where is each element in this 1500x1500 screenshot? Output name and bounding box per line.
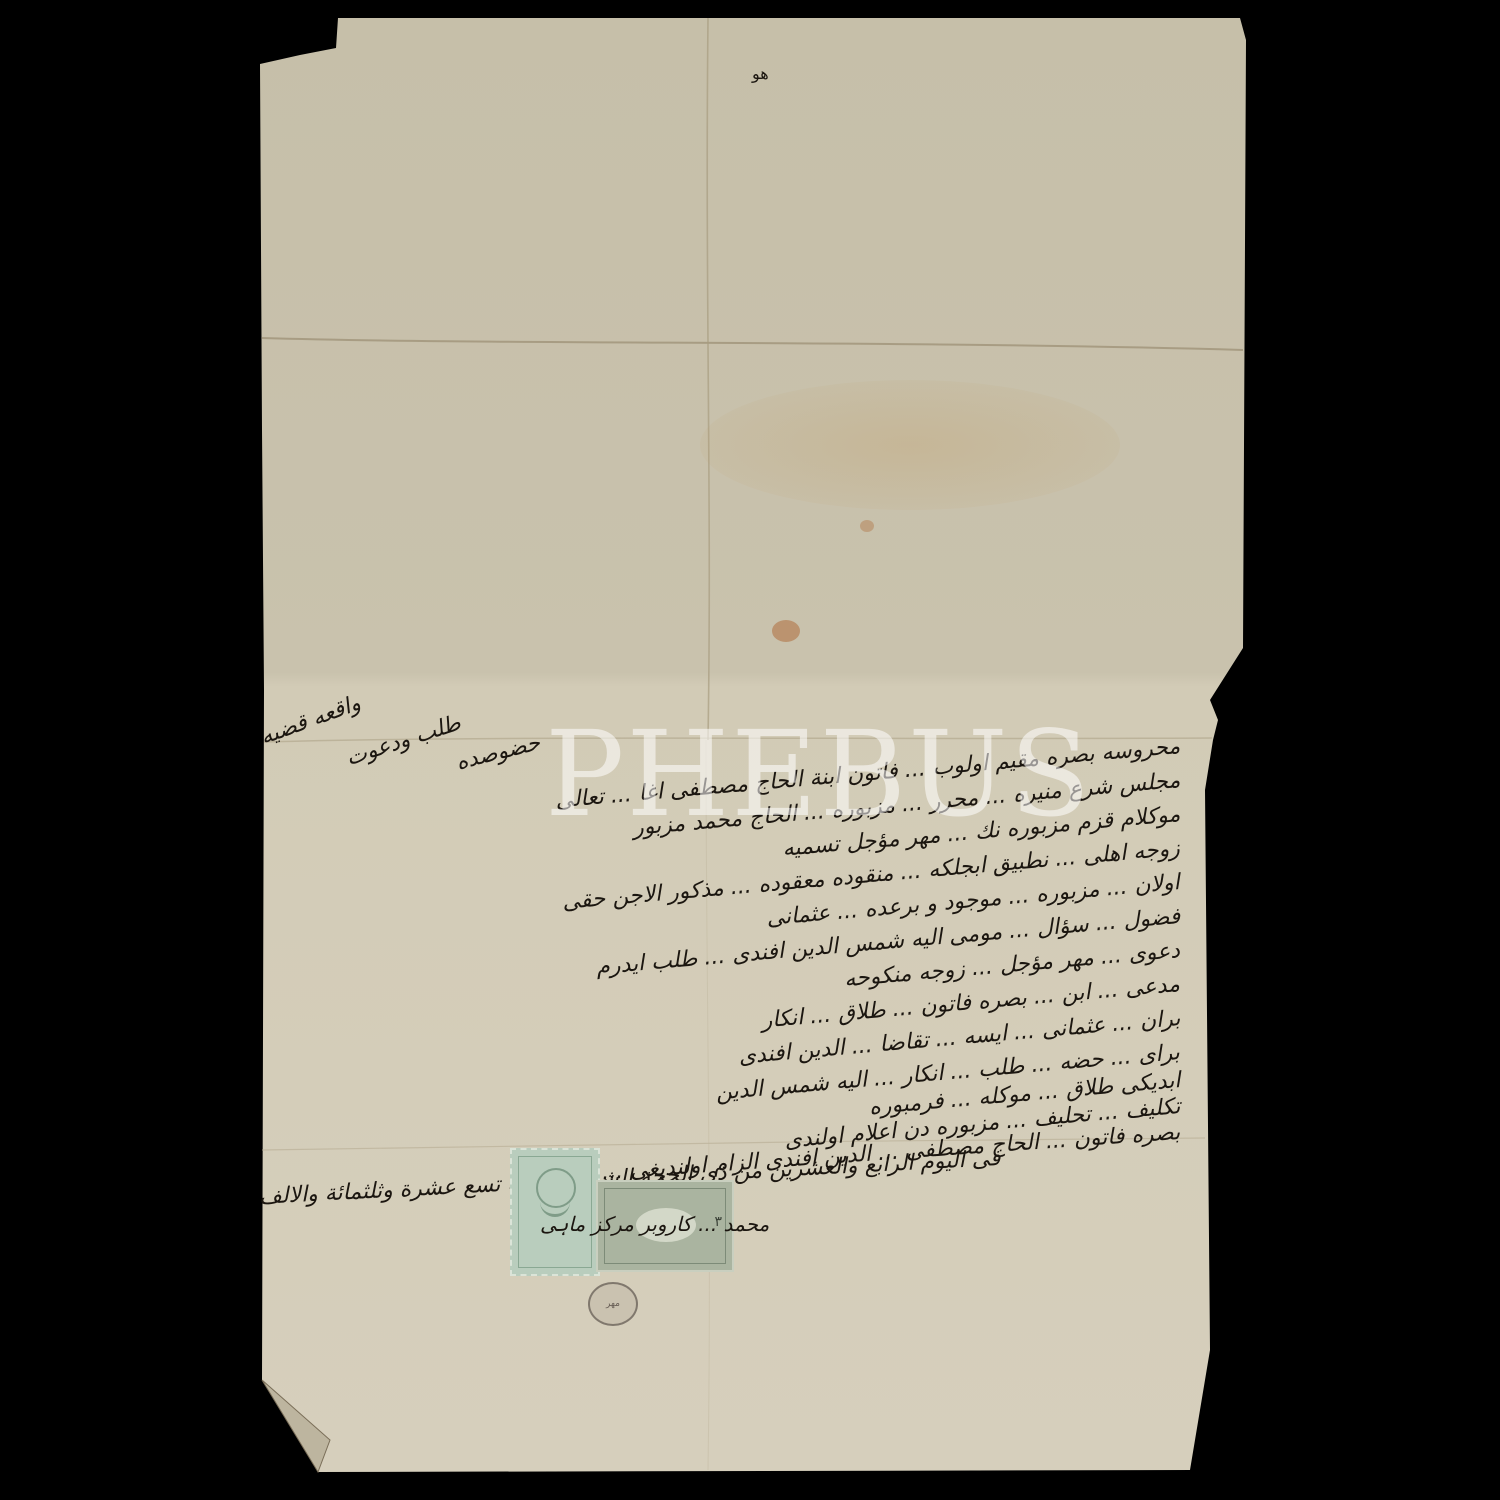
text-line: حضوصده	[454, 730, 543, 775]
seal-text: مهر	[590, 1284, 636, 1324]
rust-spot	[772, 620, 800, 642]
invocation-mark: هو	[752, 64, 769, 83]
document-photo: هو واقعه قضيه طلب ودعوت حضوصده محروسه بص…	[0, 0, 1500, 1500]
text-line: طلب ودعوت	[343, 711, 464, 772]
ink-seal: مهر	[588, 1282, 638, 1326]
water-stain	[700, 380, 1120, 510]
rust-spot	[860, 520, 874, 532]
stamp-cancellation-text: محمد ... کاروبر مرکز ماہی	[540, 1212, 769, 1236]
watermark: PHEBUS	[545, 715, 965, 833]
